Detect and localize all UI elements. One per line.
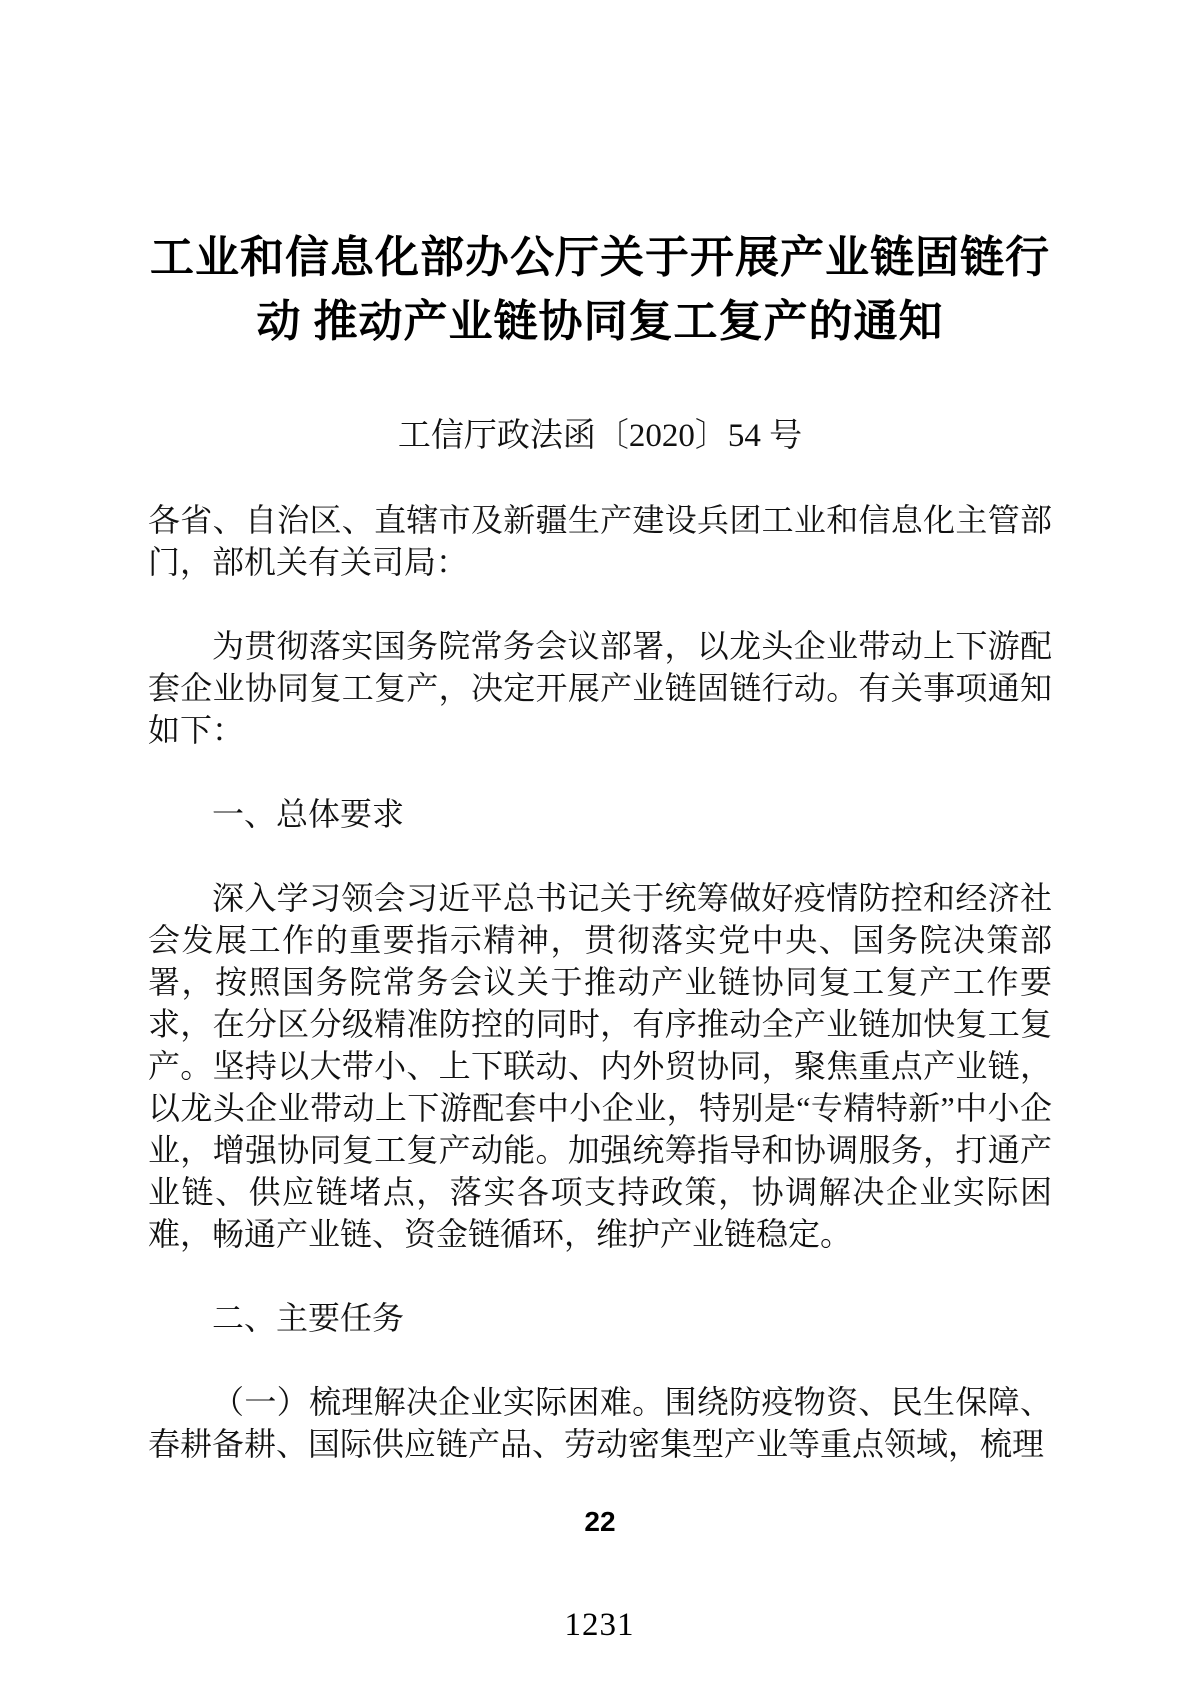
document-title: 工业和信息化部办公厅关于开展产业链固链行动 推动产业链协同复工复产的通知 bbox=[148, 226, 1052, 354]
section-1-heading: 一、总体要求 bbox=[148, 793, 1052, 835]
section-2-heading: 二、主要任务 bbox=[148, 1297, 1052, 1339]
document-content: 工业和信息化部办公厅关于开展产业链固链行动 推动产业链协同复工复产的通知 工信厅… bbox=[148, 0, 1052, 1543]
section-2-item-1-paragraph: （一）梳理解决企业实际困难。围绕防疫物资、民生保障、春耕备耕、国际供应链产品、劳… bbox=[148, 1381, 1052, 1465]
inner-page-number: 22 bbox=[148, 1501, 1052, 1543]
document-page: 工业和信息化部办公厅关于开展产业链固链行动 推动产业链协同复工复产的通知 工信厅… bbox=[0, 0, 1199, 1694]
section-1-body-paragraph: 深入学习领会习近平总书记关于统筹做好疫情防控和经济社会发展工作的重要指示精神，贯… bbox=[148, 877, 1052, 1255]
intro-paragraph: 为贯彻落实国务院常务会议部署，以龙头企业带动上下游配套企业协同复工复产，决定开展… bbox=[148, 625, 1052, 751]
salutation-paragraph: 各省、自治区、直辖市及新疆生产建设兵团工业和信息化主管部门，部机关有关司局： bbox=[148, 499, 1052, 583]
book-page-number: 1231 bbox=[0, 1604, 1199, 1646]
document-number: 工信厅政法函〔2020〕54 号 bbox=[148, 415, 1052, 457]
